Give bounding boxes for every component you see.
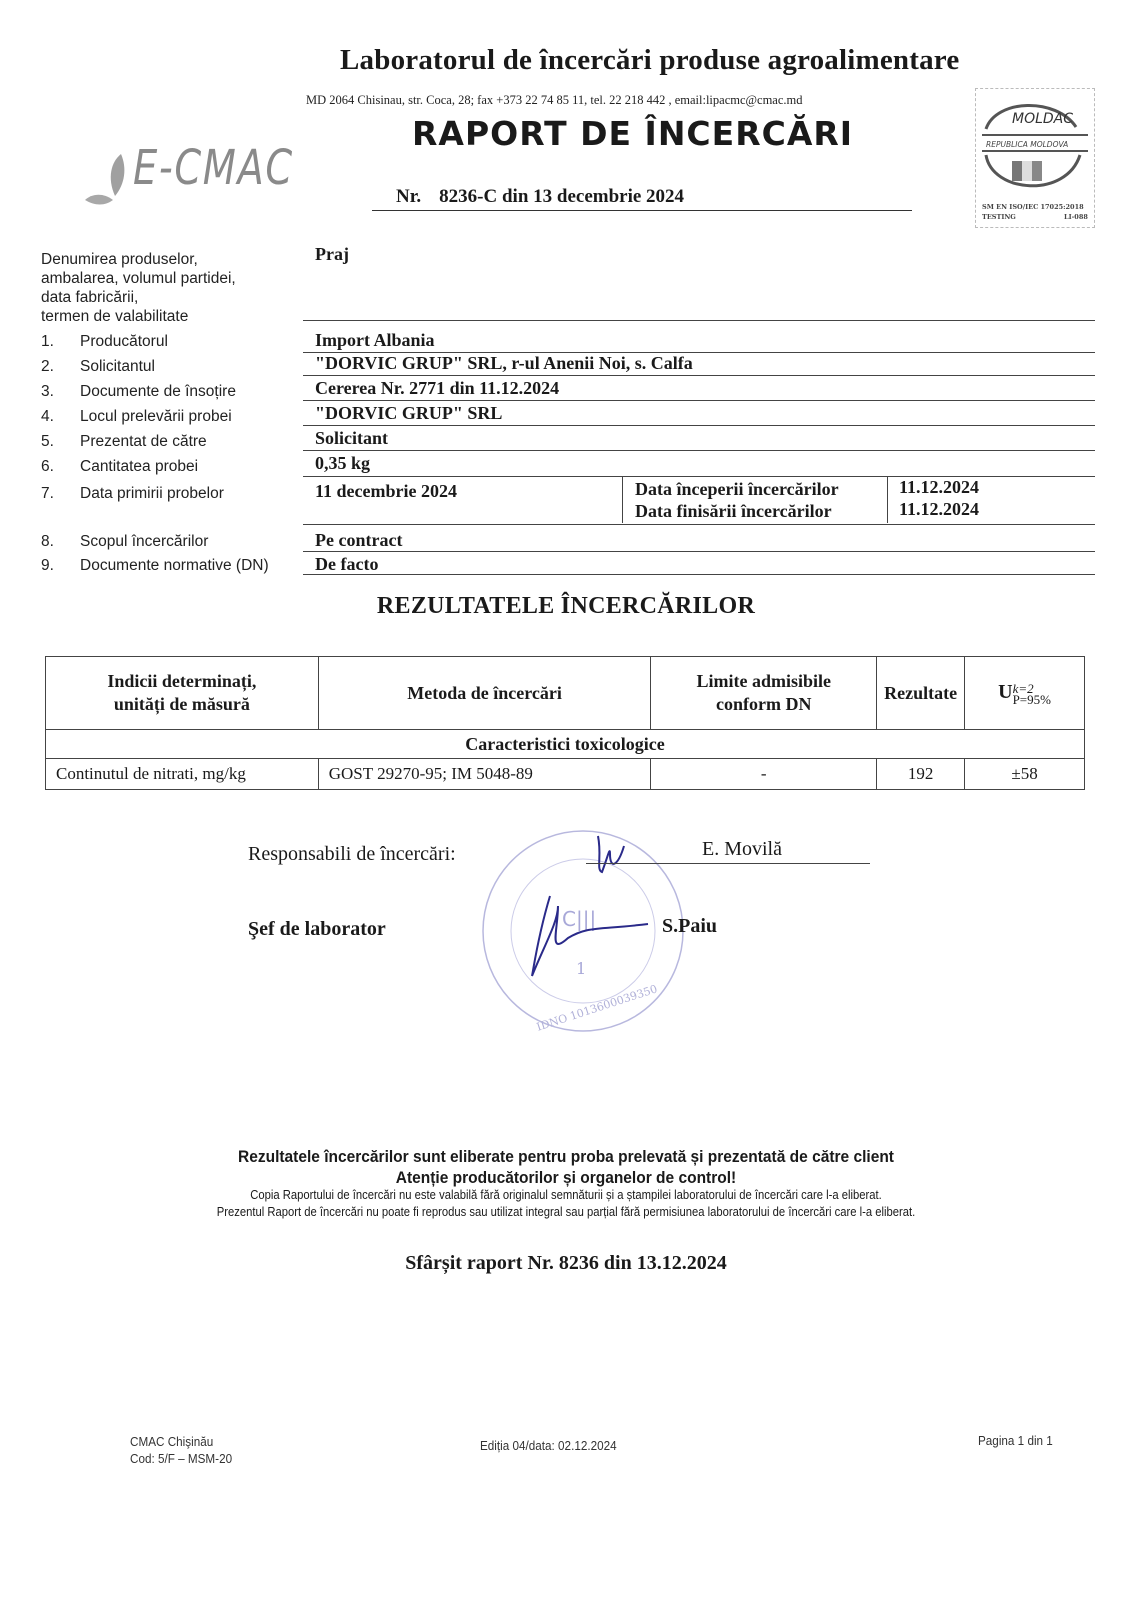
cell-uncertainty: ±58 bbox=[965, 759, 1085, 790]
footer-edition: Ediția 04/data: 02.12.2024 bbox=[480, 1438, 617, 1453]
field-label-normative-docs: Documente normative (DN) bbox=[80, 557, 269, 575]
field-label-quantity: Cantitatea probei bbox=[80, 458, 198, 476]
table-header-row: Indicii determinați,unități de măsură Me… bbox=[46, 657, 1085, 730]
svg-text:IDNO 1013600039350: IDNO 1013600039350 bbox=[535, 982, 659, 1033]
moldac-accreditation-logo: MOLDAC REPUBLICA MOLDOVA SM EN ISO/IEC 1… bbox=[975, 88, 1095, 228]
field-num: 8. bbox=[41, 533, 71, 551]
col-header-result: Rezultate bbox=[877, 657, 965, 730]
field-label-presented-by: Prezentat de către bbox=[80, 433, 207, 451]
svg-text:MOLDAC: MOLDAC bbox=[1012, 111, 1073, 127]
results-table: Indicii determinați,unități de măsură Me… bbox=[45, 656, 1085, 790]
field-num: 4. bbox=[41, 408, 71, 426]
divider bbox=[303, 320, 1095, 321]
test-end-value: 11.12.2024 bbox=[899, 499, 979, 520]
product-description-label: Denumirea produselor, ambalarea, volumul… bbox=[41, 250, 236, 326]
svg-text:TESTING: TESTING bbox=[982, 213, 1016, 221]
divider bbox=[303, 551, 1095, 552]
col-header-limits: Limite admisibileconform DN bbox=[651, 657, 877, 730]
field-label-applicant: Solicitantul bbox=[80, 358, 155, 376]
intro-line: Denumirea produselor, bbox=[41, 250, 236, 269]
table-section-row: Caracteristici toxicologice bbox=[46, 730, 1085, 759]
field-value-applicant: "DORVIC GRUP" SRL, r-ul Anenii Noi, s. C… bbox=[315, 353, 693, 374]
product-name: Praj bbox=[315, 244, 349, 265]
field-num: 7. bbox=[41, 485, 71, 503]
notice-results-released: Rezultatele încercărilor sunt eliberate … bbox=[34, 1148, 1098, 1167]
field-value-normative-docs: De facto bbox=[315, 554, 378, 575]
lab-address: MD 2064 Chisinau, str. Coca, 28; fax +37… bbox=[306, 93, 803, 108]
divider bbox=[887, 477, 888, 523]
field-num: 9. bbox=[41, 557, 71, 575]
field-num: 2. bbox=[41, 358, 71, 376]
field-num: 3. bbox=[41, 383, 71, 401]
end-of-report: Sfârșit raport Nr. 8236 din 13.12.2024 bbox=[0, 1252, 1132, 1275]
footer-page-number: Pagina 1 din 1 bbox=[978, 1433, 1053, 1448]
test-start-label: Data începerii încercărilor bbox=[635, 479, 839, 500]
report-number-label: Nr. bbox=[396, 186, 421, 207]
field-label-producer: Producătorul bbox=[80, 333, 168, 351]
report-number: Nr.8236-C din 13 decembrie 2024 bbox=[372, 186, 912, 211]
intro-line: termen de valabilitate bbox=[41, 307, 236, 326]
col-header-uncertainty: Uk=2P=95% bbox=[965, 657, 1085, 730]
svg-text:C|||: C||| bbox=[562, 907, 596, 931]
lab-title: Laboratorul de încercări produse agroali… bbox=[340, 44, 959, 77]
test-start-value: 11.12.2024 bbox=[899, 477, 979, 498]
official-stamp: C||| 1 IDNO 1013600039350 bbox=[478, 826, 688, 1036]
field-num: 6. bbox=[41, 458, 71, 476]
col-header-indices: Indicii determinați,unități de măsură bbox=[46, 657, 319, 730]
cell-method: GOST 29270-95; IM 5048-89 bbox=[318, 759, 651, 790]
col-header-method: Metoda de încercări bbox=[318, 657, 651, 730]
field-value-producer: Import Albania bbox=[315, 330, 435, 351]
cell-indicator: Continutul de nitrati, mg/kg bbox=[46, 759, 319, 790]
section-toxicological: Caracteristici toxicologice bbox=[46, 730, 1085, 759]
svg-text:1: 1 bbox=[576, 959, 586, 978]
stamp-icon: C||| 1 IDNO 1013600039350 bbox=[478, 826, 688, 1036]
intro-line: ambalarea, volumul partidei, bbox=[41, 269, 236, 288]
svg-text:LI-088: LI-088 bbox=[1064, 213, 1088, 221]
divider bbox=[303, 400, 1095, 401]
svg-text:REPUBLICA MOLDOVA: REPUBLICA MOLDOVA bbox=[986, 140, 1068, 149]
intro-line: data fabricării, bbox=[41, 288, 236, 307]
divider bbox=[303, 574, 1095, 575]
field-value-presented-by: Solicitant bbox=[315, 428, 388, 449]
signature-line bbox=[586, 863, 870, 864]
uncertainty-symbol: U bbox=[998, 681, 1012, 703]
divider bbox=[303, 425, 1095, 426]
field-label-reception-date: Data primirii probelor bbox=[80, 485, 224, 503]
notice-reproduction: Prezentul Raport de încercări nu poate f… bbox=[57, 1205, 1076, 1219]
ecmac-logo: E-CMAC bbox=[85, 140, 345, 210]
ecmac-logo-text: E-CMAC bbox=[133, 140, 294, 196]
field-value-scope: Pe contract bbox=[315, 530, 402, 551]
responsible-label: Responsabili de încercări: bbox=[248, 843, 456, 866]
table-row: Continutul de nitrati, mg/kg GOST 29270-… bbox=[46, 759, 1085, 790]
notice-attention: Atenție producătorilor și organelor de c… bbox=[34, 1169, 1098, 1188]
head-of-lab-label: Şef de laborator bbox=[248, 918, 386, 941]
cell-limit: - bbox=[651, 759, 877, 790]
results-title: REZULTATELE ÎNCERCĂRILOR bbox=[0, 593, 1132, 620]
divider bbox=[303, 524, 1095, 525]
notice-copy-validity: Copia Raportului de încercări nu este va… bbox=[57, 1188, 1076, 1202]
field-value-reception-date: 11 decembrie 2024 bbox=[315, 481, 457, 502]
footer-code: Cod: 5/F – MSM-20 bbox=[130, 1450, 232, 1467]
field-value-sampling-place: "DORVIC GRUP" SRL bbox=[315, 403, 502, 424]
moldac-emblem-icon: MOLDAC REPUBLICA MOLDOVA SM EN ISO/IEC 1… bbox=[976, 89, 1094, 227]
report-number-value: 8236-C din 13 decembrie 2024 bbox=[439, 186, 684, 207]
divider bbox=[303, 450, 1095, 451]
footer-org-name: CMAC Chişinău bbox=[130, 1433, 232, 1450]
field-value-quantity: 0,35 kg bbox=[315, 453, 370, 474]
test-dates-box: Data începerii încercărilor Data finisăr… bbox=[622, 477, 1097, 523]
field-label-scope: Scopul încercărilor bbox=[80, 533, 208, 551]
svg-text:SM EN ISO/IEC 17025:2018: SM EN ISO/IEC 17025:2018 bbox=[982, 203, 1084, 211]
field-value-documents: Cererea Nr. 2771 din 11.12.2024 bbox=[315, 378, 559, 399]
cell-result: 192 bbox=[877, 759, 965, 790]
uncertainty-params: k=2P=95% bbox=[1013, 683, 1051, 705]
field-num: 5. bbox=[41, 433, 71, 451]
field-label-sampling-place: Locul prelevării probei bbox=[80, 408, 232, 426]
field-label-documents: Documente de însoțire bbox=[80, 383, 236, 401]
head-of-lab-name: S.Paiu bbox=[662, 915, 717, 938]
test-end-label: Data finisării încercărilor bbox=[635, 501, 832, 522]
footer-org: CMAC Chişinău Cod: 5/F – MSM-20 bbox=[130, 1433, 232, 1467]
report-title: RAPORT DE ÎNCERCĂRI bbox=[412, 114, 853, 153]
field-num: 1. bbox=[41, 333, 71, 351]
divider bbox=[303, 375, 1095, 376]
responsible-name: E. Movilă bbox=[702, 838, 782, 861]
